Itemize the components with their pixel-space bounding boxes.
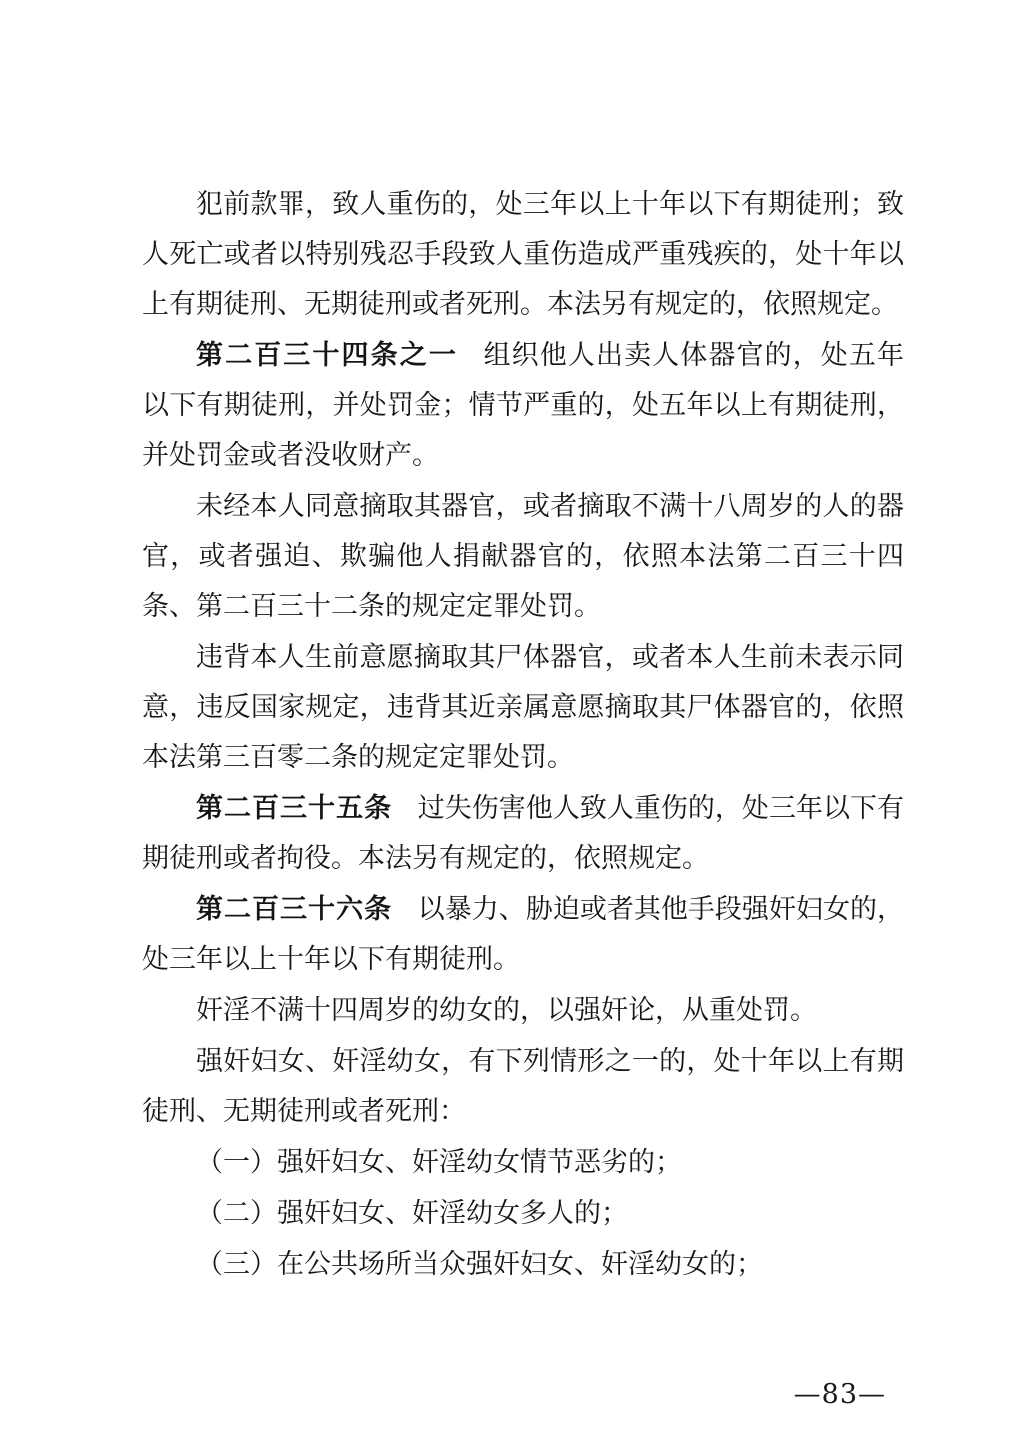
paragraph-text: （二）强奸妇女、奸淫幼女多人的； bbox=[196, 1198, 628, 1229]
paragraph-text: 强奸妇女、奸淫幼女，有下列情形之一的，处十年以上有期徒刑、无期徒刑或者死刑： bbox=[142, 1046, 904, 1127]
paragraph: 未经本人同意摘取其器官，或者摘取不满十八周岁的人的器官，或者强迫、欺骗他人捐献器… bbox=[142, 481, 904, 632]
paragraph: 第二百三十五条过失伤害他人致人重伤的，处三年以下有期徒刑或者拘役。本法另有规定的… bbox=[142, 783, 904, 884]
paragraph-text: 违背本人生前意愿摘取其尸体器官，或者本人生前未表示同意，违反国家规定，违背其近亲… bbox=[142, 642, 904, 773]
article-number: 第二百三十四条之一 bbox=[196, 340, 458, 370]
paragraph: 犯前款罪，致人重伤的，处三年以上十年以下有期徒刑；致人死亡或者以特别残忍手段致人… bbox=[142, 179, 904, 330]
paragraph-text: 犯前款罪，致人重伤的，处三年以上十年以下有期徒刑；致人死亡或者以特别残忍手段致人… bbox=[142, 189, 904, 320]
paragraph: 强奸妇女、奸淫幼女，有下列情形之一的，处十年以上有期徒刑、无期徒刑或者死刑： bbox=[142, 1036, 904, 1137]
paragraph-text: 未经本人同意摘取其器官，或者摘取不满十八周岁的人的器官，或者强迫、欺骗他人捐献器… bbox=[142, 491, 904, 622]
document-page: 犯前款罪，致人重伤的，处三年以上十年以下有期徒刑；致人死亡或者以特别残忍手段致人… bbox=[142, 179, 904, 1290]
paragraph-text: （三）在公共场所当众强奸妇女、奸淫幼女的； bbox=[196, 1249, 763, 1280]
paragraph: 第二百三十四条之一组织他人出卖人体器官的，处五年以下有期徒刑，并处罚金；情节严重… bbox=[142, 330, 904, 481]
list-item: （二）强奸妇女、奸淫幼女多人的； bbox=[142, 1188, 904, 1239]
paragraph: 奸淫不满十四周岁的幼女的，以强奸论，从重处罚。 bbox=[142, 985, 904, 1036]
page-number: —83— bbox=[794, 1375, 886, 1415]
paragraph-text: （一）强奸妇女、奸淫幼女情节恶劣的； bbox=[196, 1147, 682, 1178]
article-number: 第二百三十五条 bbox=[196, 793, 392, 823]
paragraph: 第二百三十六条以暴力、胁迫或者其他手段强奸妇女的，处三年以上十年以下有期徒刑。 bbox=[142, 884, 904, 985]
paragraph-text: 奸淫不满十四周岁的幼女的，以强奸论，从重处罚。 bbox=[196, 995, 817, 1026]
list-item: （一）强奸妇女、奸淫幼女情节恶劣的； bbox=[142, 1137, 904, 1188]
paragraph: 违背本人生前意愿摘取其尸体器官，或者本人生前未表示同意，违反国家规定，违背其近亲… bbox=[142, 632, 904, 783]
article-number: 第二百三十六条 bbox=[196, 894, 392, 924]
list-item: （三）在公共场所当众强奸妇女、奸淫幼女的； bbox=[142, 1239, 904, 1290]
